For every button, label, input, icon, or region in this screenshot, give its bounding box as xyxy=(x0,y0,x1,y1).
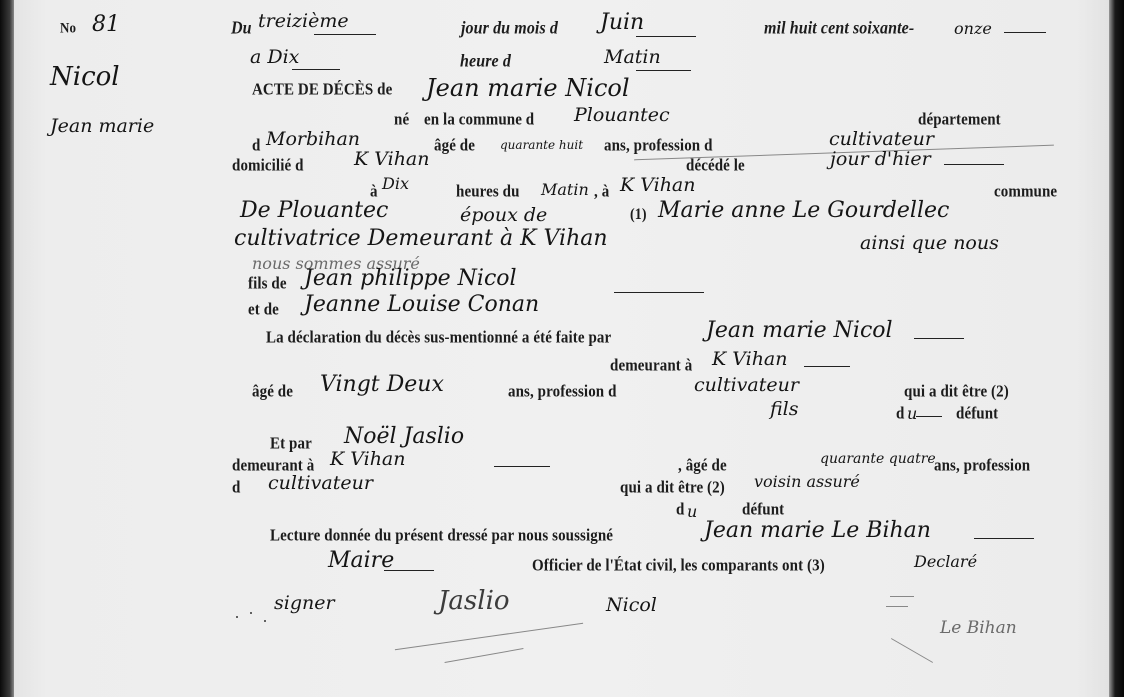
speck xyxy=(250,612,252,614)
printed-d-2: d xyxy=(676,502,684,519)
underline xyxy=(292,69,340,70)
printed-ans-profession: ans, profession d xyxy=(604,138,713,155)
printed-departement: département xyxy=(918,112,1001,129)
printed-lecture: Lecture donnée du présent dressé par nou… xyxy=(270,528,613,545)
margin-given-name: Jean marie xyxy=(50,117,154,136)
printed-heures-du: heures du xyxy=(456,184,520,201)
hand-mother: Jeanne Louise Conan xyxy=(304,294,539,316)
printed-du-dept: d xyxy=(252,138,260,155)
hand-signing-note: Declaré xyxy=(914,554,977,570)
hand-declarant2: Noël Jaslio xyxy=(344,426,464,448)
hand-profession: cultivateur xyxy=(829,130,934,149)
hand-officer-name: Jean marie Le Bihan xyxy=(704,520,931,542)
hand-declarant1-profession: cultivateur xyxy=(694,376,799,395)
underline xyxy=(614,292,704,293)
hand-department: Morbihan xyxy=(266,130,360,149)
underline xyxy=(494,466,550,467)
acte-title: ACTE DE DÉCÈS de xyxy=(252,82,392,99)
record-number: 81 xyxy=(92,14,120,36)
printed-fils-de: fils de xyxy=(248,276,287,293)
printed-commune-label: commune xyxy=(994,184,1057,201)
printed-et-de: et de xyxy=(248,302,279,319)
death-certificate-page: No 81 Du treizième jour du mois d Juin m… xyxy=(14,0,1109,697)
printed-age-de: âgé de xyxy=(434,138,475,155)
scan-right-edge xyxy=(1109,0,1124,697)
record-number-label: No xyxy=(60,20,76,35)
printed-age-de-2: âgé de xyxy=(252,384,293,401)
printed-qui-a-dit-etre: qui a dit être (2) xyxy=(904,384,1009,401)
printed-et-par: Et par xyxy=(270,436,312,453)
hand-birth-commune: Plouantec xyxy=(574,106,670,125)
hand-hour-period: Matin xyxy=(604,48,661,67)
hand-death-place: K Vihan xyxy=(620,176,696,195)
printed-defunt-2: défunt xyxy=(742,502,784,519)
printed-jour-du-mois: jour du mois d xyxy=(461,20,558,38)
printed-officier: Officier de l'État civil, les comparants… xyxy=(532,558,825,575)
signature-flourish xyxy=(395,623,583,650)
hand-spouse: Marie anne Le Gourdellec xyxy=(658,200,949,222)
hand-month: Juin xyxy=(600,12,644,34)
speck xyxy=(236,616,238,618)
hand-day: treizième xyxy=(258,12,349,31)
printed-d-prof: d xyxy=(232,480,240,497)
hand-declarant1-residence: K Vihan xyxy=(712,350,788,369)
signature-flourish xyxy=(445,648,524,663)
printed-du: Du xyxy=(231,20,252,38)
mark xyxy=(890,596,914,597)
hand-epoux-de: époux de xyxy=(460,206,547,225)
hand-declarant2-age: quarante quatre xyxy=(820,452,936,466)
hand-declarant2-d: u xyxy=(687,504,697,520)
hand-father: Jean philippe Nicol xyxy=(304,268,517,290)
hand-declarant2-relation: voisin assuré xyxy=(754,474,860,490)
printed-defunt: défunt xyxy=(956,406,998,423)
underline xyxy=(1004,32,1046,33)
printed-d: d xyxy=(896,406,904,423)
signature-nicol: Nicol xyxy=(606,596,657,615)
hand-signatures-label: signer xyxy=(274,594,335,613)
speck xyxy=(264,620,266,622)
scan-left-edge xyxy=(0,0,14,697)
hand-declarant1-age: Vingt Deux xyxy=(320,374,444,396)
hand-death-period: Matin xyxy=(541,182,589,198)
hand-declarant1: Jean marie Nicol xyxy=(706,320,893,342)
margin-surname: Nicol xyxy=(50,64,120,90)
hand-officer-title: Maire xyxy=(328,550,394,572)
hand-deceased-name: Jean marie Nicol xyxy=(426,76,630,100)
printed-heure-d: heure d xyxy=(460,53,511,71)
hand-hour: a Dix xyxy=(250,48,299,67)
printed-declaration: La déclaration du décès sus-mentionné a … xyxy=(266,330,611,347)
printed-ne: né xyxy=(394,112,409,129)
underline xyxy=(636,36,696,37)
printed-epoux-marker: (1) xyxy=(630,208,647,224)
underline xyxy=(384,570,434,571)
underline xyxy=(804,366,850,367)
hand-death-hour: Dix xyxy=(382,176,409,192)
hand-declarant2-residence: K Vihan xyxy=(330,450,406,469)
printed-ans-profession-3: ans, profession xyxy=(934,458,1030,475)
printed-decede-le: décédé le xyxy=(686,158,745,175)
printed-age-de-3: , âgé de xyxy=(678,458,727,475)
underline xyxy=(916,416,942,417)
printed-a-comma: , à xyxy=(594,184,609,201)
hand-death-day: jour d'hier xyxy=(830,150,931,169)
hand-declarant1-d: u xyxy=(907,406,917,422)
underline xyxy=(314,34,376,35)
underline xyxy=(636,70,691,71)
underline xyxy=(974,538,1034,539)
mark xyxy=(891,638,933,663)
hand-declarant1-relation: fils xyxy=(770,400,799,419)
hand-spouse-residence: cultivatrice Demeurant à K Vihan xyxy=(234,228,608,250)
hand-year-suffix: onze xyxy=(954,21,992,37)
printed-qui-a-dit-etre-2: qui a dit être (2) xyxy=(620,480,725,497)
printed-domicilie: domicilié d xyxy=(232,158,304,175)
hand-annotation-a: ainsi que nous xyxy=(860,234,999,253)
hand-declarant2-profession: cultivateur xyxy=(268,474,373,493)
printed-demeurant-a: demeurant à xyxy=(610,358,692,375)
hand-domicile: K Vihan xyxy=(354,150,430,169)
printed-mil-huit-cent: mil huit cent soixante- xyxy=(764,20,914,38)
underline xyxy=(944,164,1004,165)
signature-jaslio: Jaslio xyxy=(438,588,510,614)
mark xyxy=(886,606,908,607)
underline xyxy=(914,338,964,339)
signature-le-bihan: Le Bihan xyxy=(940,620,1017,637)
hand-commune-name: De Plouantec xyxy=(240,200,388,222)
printed-commune: en la commune d xyxy=(424,112,534,129)
hand-age: quarante huit xyxy=(500,139,583,151)
printed-ans-profession-2: ans, profession d xyxy=(508,384,617,401)
